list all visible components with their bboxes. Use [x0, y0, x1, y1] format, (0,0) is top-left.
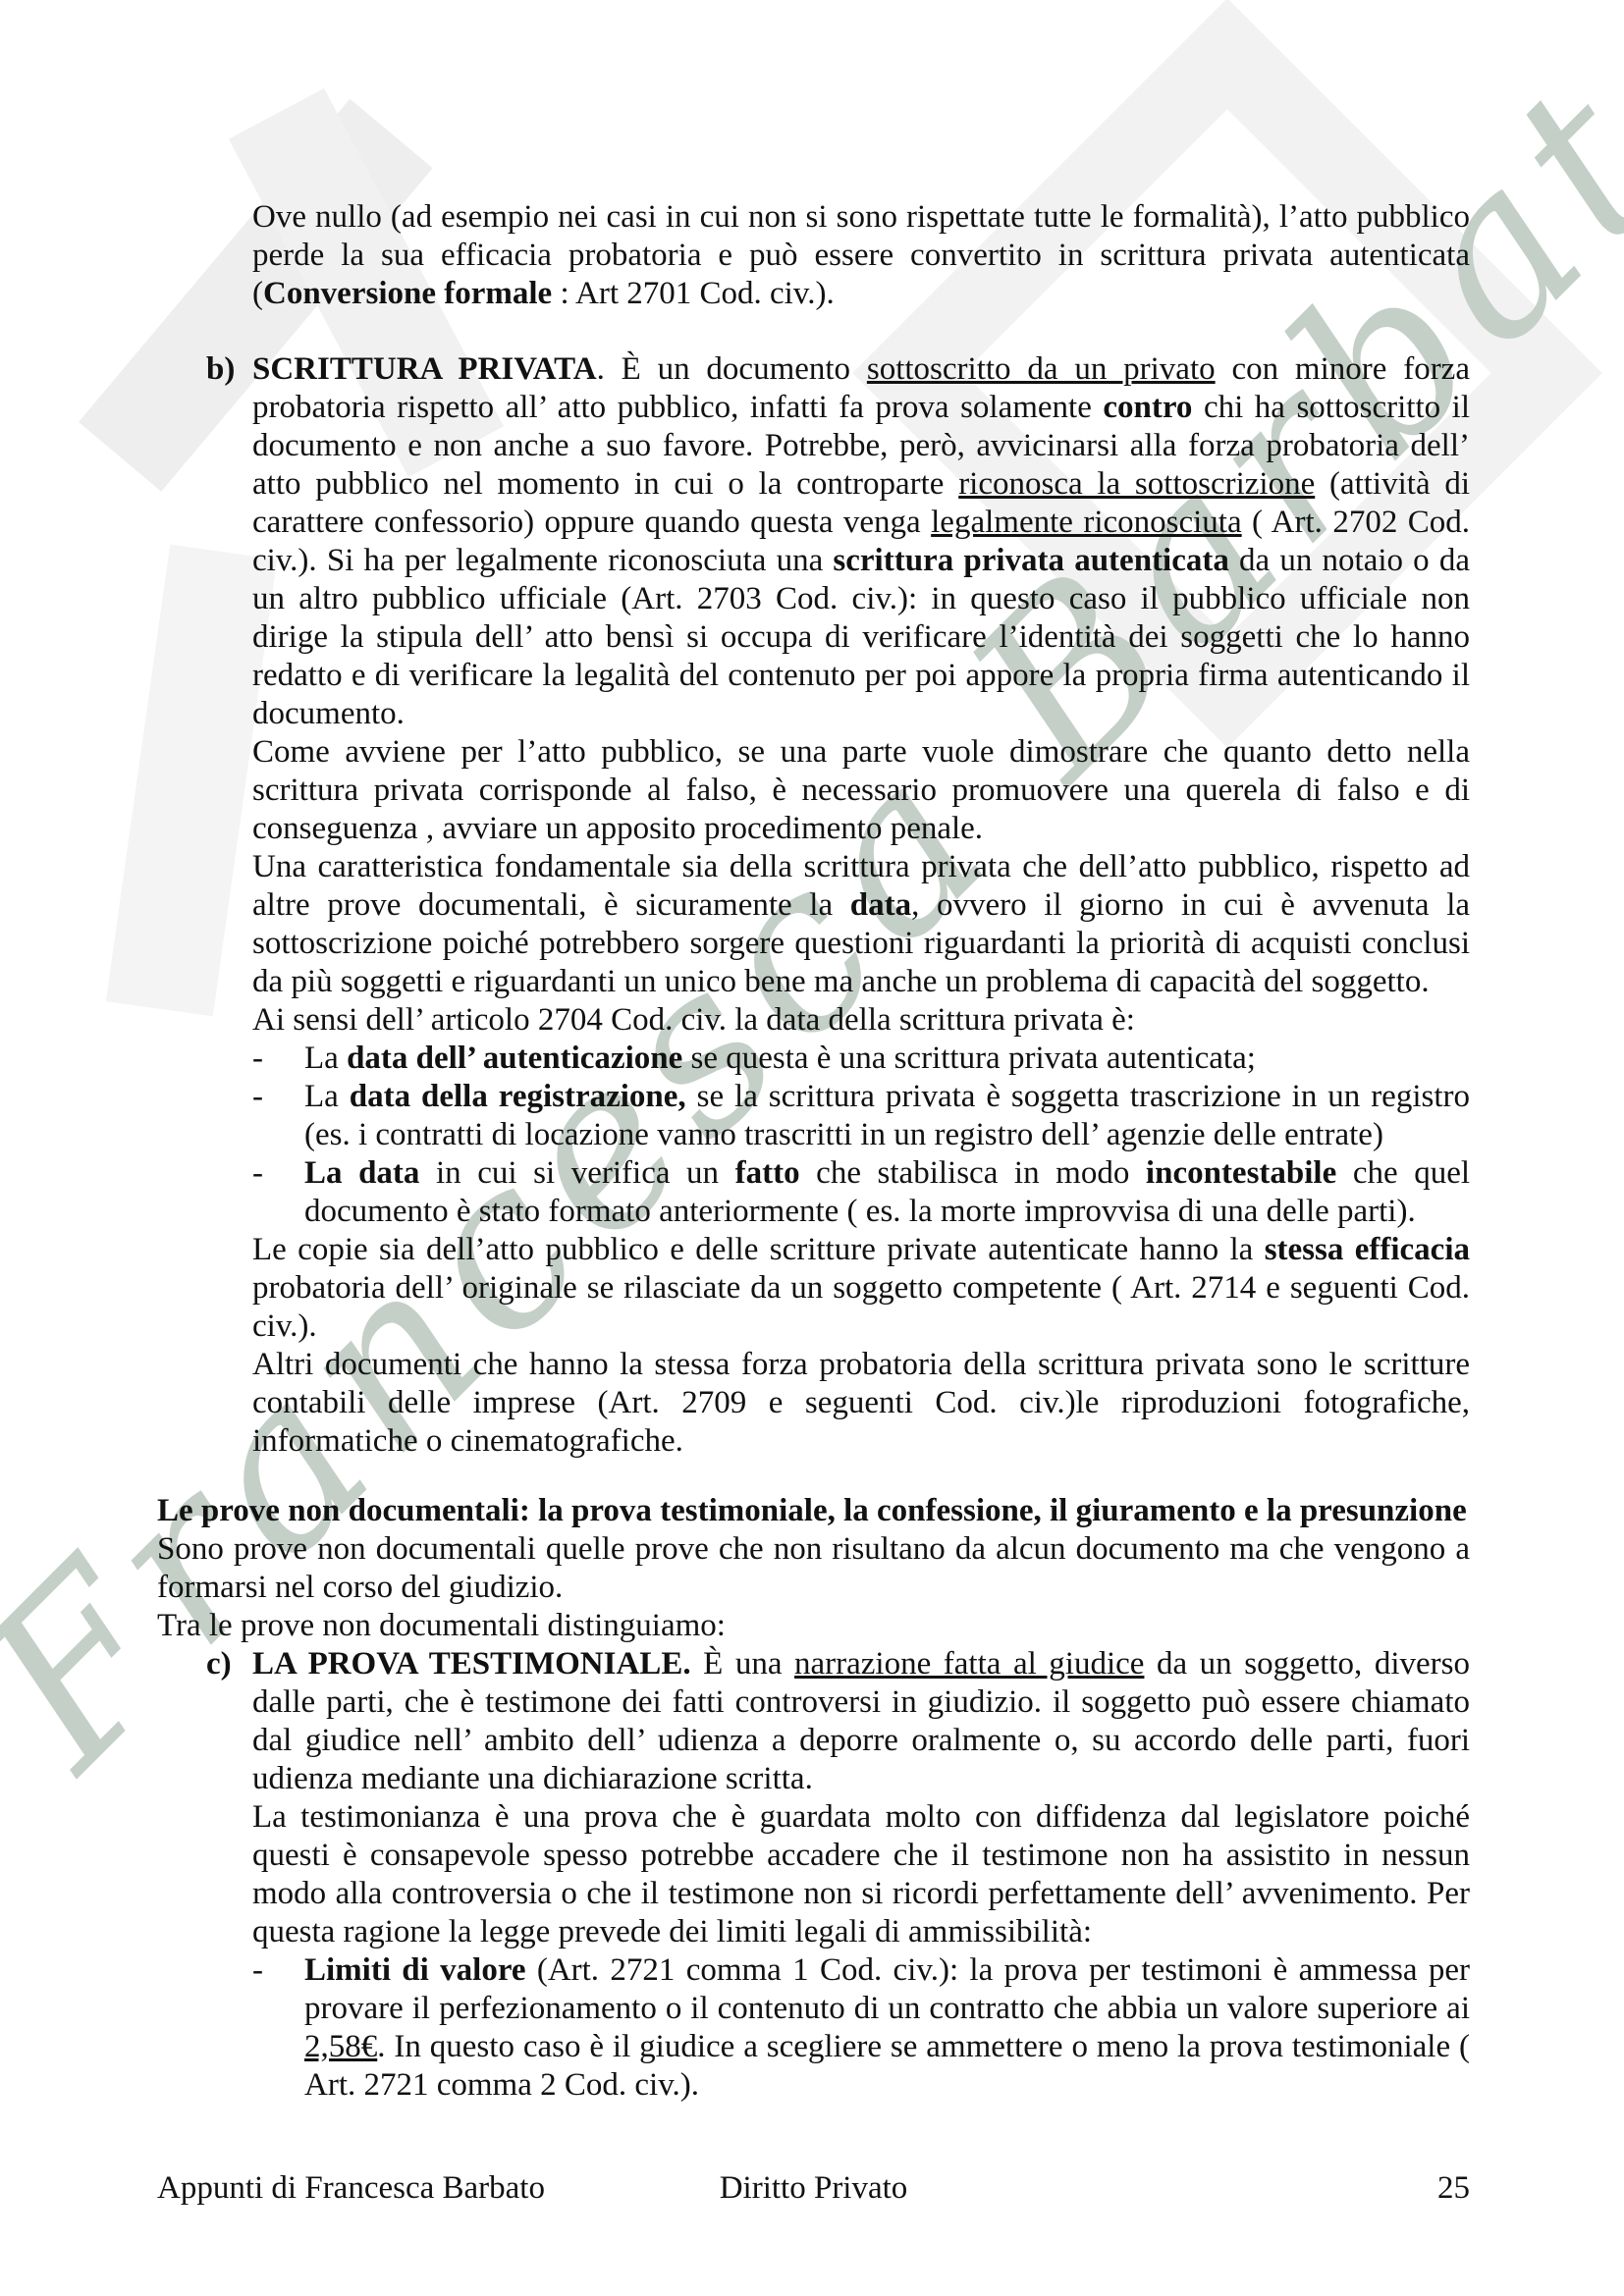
- paragraph: Come avviene per l’atto pubblico, se una…: [252, 733, 1470, 848]
- bold-text-run: data: [850, 887, 911, 923]
- text-run: che stabilisca in modo: [800, 1155, 1146, 1191]
- text-run: È una: [691, 1646, 794, 1682]
- document-page: Francesca Barbato Ove nullo (ad esempio …: [0, 0, 1624, 2296]
- dash-marker: -: [252, 1951, 263, 1990]
- paragraph-sono-prove: Sono prove non documentali quelle prove …: [157, 1530, 1470, 1607]
- text-run: Sono prove non documentali quelle prove …: [157, 1531, 1470, 1605]
- underlined-text-run: riconosca la sottoscrizione: [958, 466, 1315, 502]
- text-run: Tra le prove non documentali distinguiam…: [157, 1608, 726, 1643]
- bold-text-run: SCRITTURA PRIVATA: [252, 351, 597, 387]
- underlined-text-run: sottoscritto da un privato: [867, 351, 1216, 387]
- bold-text-run: fatto: [735, 1155, 800, 1191]
- list-item-c: c) LA PROVA TESTIMONIALE. È una narrazio…: [157, 1645, 1470, 2105]
- text-run: : Art 2701 Cod. civ.).: [552, 276, 835, 311]
- text-run: Altri documenti che hanno la stessa forz…: [252, 1347, 1470, 1459]
- dash-marker: -: [252, 1078, 263, 1116]
- text-run: La testimonianza è una prova che è guard…: [252, 1799, 1470, 1949]
- bold-text-run: Conversione formale: [263, 276, 552, 311]
- paragraph: SCRITTURA PRIVATA. È un documento sottos…: [252, 350, 1470, 733]
- page-footer: Appunti di Francesca Barbato Diritto Pri…: [157, 2169, 1470, 2208]
- item-c-label: c): [206, 1645, 252, 1683]
- paragraph-ove-nullo: Ove nullo (ad esempio nei casi in cui no…: [252, 198, 1470, 313]
- paragraph-tra-le-prove: Tra le prove non documentali distinguiam…: [157, 1607, 1470, 1645]
- bold-text-run: Limiti di valore: [304, 1952, 526, 1988]
- bold-text-run: stessa efficacia: [1265, 1232, 1470, 1267]
- item-b-label: b): [206, 350, 252, 389]
- bold-text-run: Le prove non documentali: la prova testi…: [157, 1493, 1467, 1528]
- item-c-body: LA PROVA TESTIMONIALE. È una narrazione …: [252, 1645, 1470, 2105]
- text-run: . È un documento: [597, 351, 867, 387]
- paragraph: La testimonianza è una prova che è guard…: [252, 1798, 1470, 1951]
- paragraph: Le copie sia dell’atto pubblico e delle …: [252, 1231, 1470, 1346]
- text-run: se questa è una scrittura privata autent…: [682, 1041, 1256, 1076]
- paragraph: Altri documenti che hanno la stessa forz…: [252, 1346, 1470, 1461]
- text-run: La: [304, 1041, 347, 1076]
- section-heading: Le prove non documentali: la prova testi…: [157, 1492, 1470, 1530]
- bold-text-run: data della registrazione,: [350, 1079, 686, 1114]
- bold-text-run: incontestabile: [1146, 1155, 1336, 1191]
- bold-text-run: scrittura privata autenticata: [833, 543, 1228, 578]
- dash-list-item: -Limiti di valore (Art. 2721 comma 1 Cod…: [252, 1951, 1470, 2105]
- dash-list-item: -La data della registrazione, se la scri…: [252, 1078, 1470, 1154]
- underlined-text-run: narrazione fatta al giudice: [794, 1646, 1144, 1682]
- bold-text-run: La data: [304, 1155, 419, 1191]
- text-run: in cui si verifica un: [419, 1155, 734, 1191]
- page-content: Ove nullo (ad esempio nei casi in cui no…: [157, 198, 1470, 2105]
- bold-text-run: LA PROVA TESTIMONIALE.: [252, 1646, 691, 1682]
- text-run: . In questo caso è il giudice a sceglier…: [304, 2029, 1470, 2103]
- bold-text-run: data dell’ autenticazione: [347, 1041, 682, 1076]
- footer-subject: Diritto Privato: [595, 2169, 1033, 2208]
- underlined-text-run: 2,58€: [304, 2029, 377, 2064]
- item-b-body: SCRITTURA PRIVATA. È un documento sottos…: [252, 350, 1470, 1461]
- text-run: La: [304, 1079, 350, 1114]
- text-run: Come avviene per l’atto pubblico, se una…: [252, 734, 1470, 846]
- footer-page-number: 25: [1032, 2169, 1470, 2208]
- dash-list-item: -La data in cui si verifica un fatto che…: [252, 1154, 1470, 1231]
- dash-marker: -: [252, 1040, 263, 1078]
- underlined-text-run: legalmente riconosciuta: [931, 505, 1241, 540]
- text-run: Ai sensi dell’ articolo 2704 Cod. civ. l…: [252, 1002, 1135, 1038]
- paragraph: Ai sensi dell’ articolo 2704 Cod. civ. l…: [252, 1001, 1470, 1040]
- list-item-b: b) SCRITTURA PRIVATA. È un documento sot…: [157, 350, 1470, 1461]
- dash-list-item: -La data dell’ autenticazione se questa …: [252, 1040, 1470, 1078]
- text-run: probatoria dell’ originale se rilasciate…: [252, 1270, 1470, 1344]
- footer-author: Appunti di Francesca Barbato: [157, 2169, 595, 2208]
- text-run: Le copie sia dell’atto pubblico e delle …: [252, 1232, 1265, 1267]
- bold-text-run: contro: [1103, 390, 1192, 425]
- dash-marker: -: [252, 1154, 263, 1193]
- paragraph: LA PROVA TESTIMONIALE. È una narrazione …: [252, 1645, 1470, 1798]
- paragraph: Una caratteristica fondamentale sia dell…: [252, 848, 1470, 1001]
